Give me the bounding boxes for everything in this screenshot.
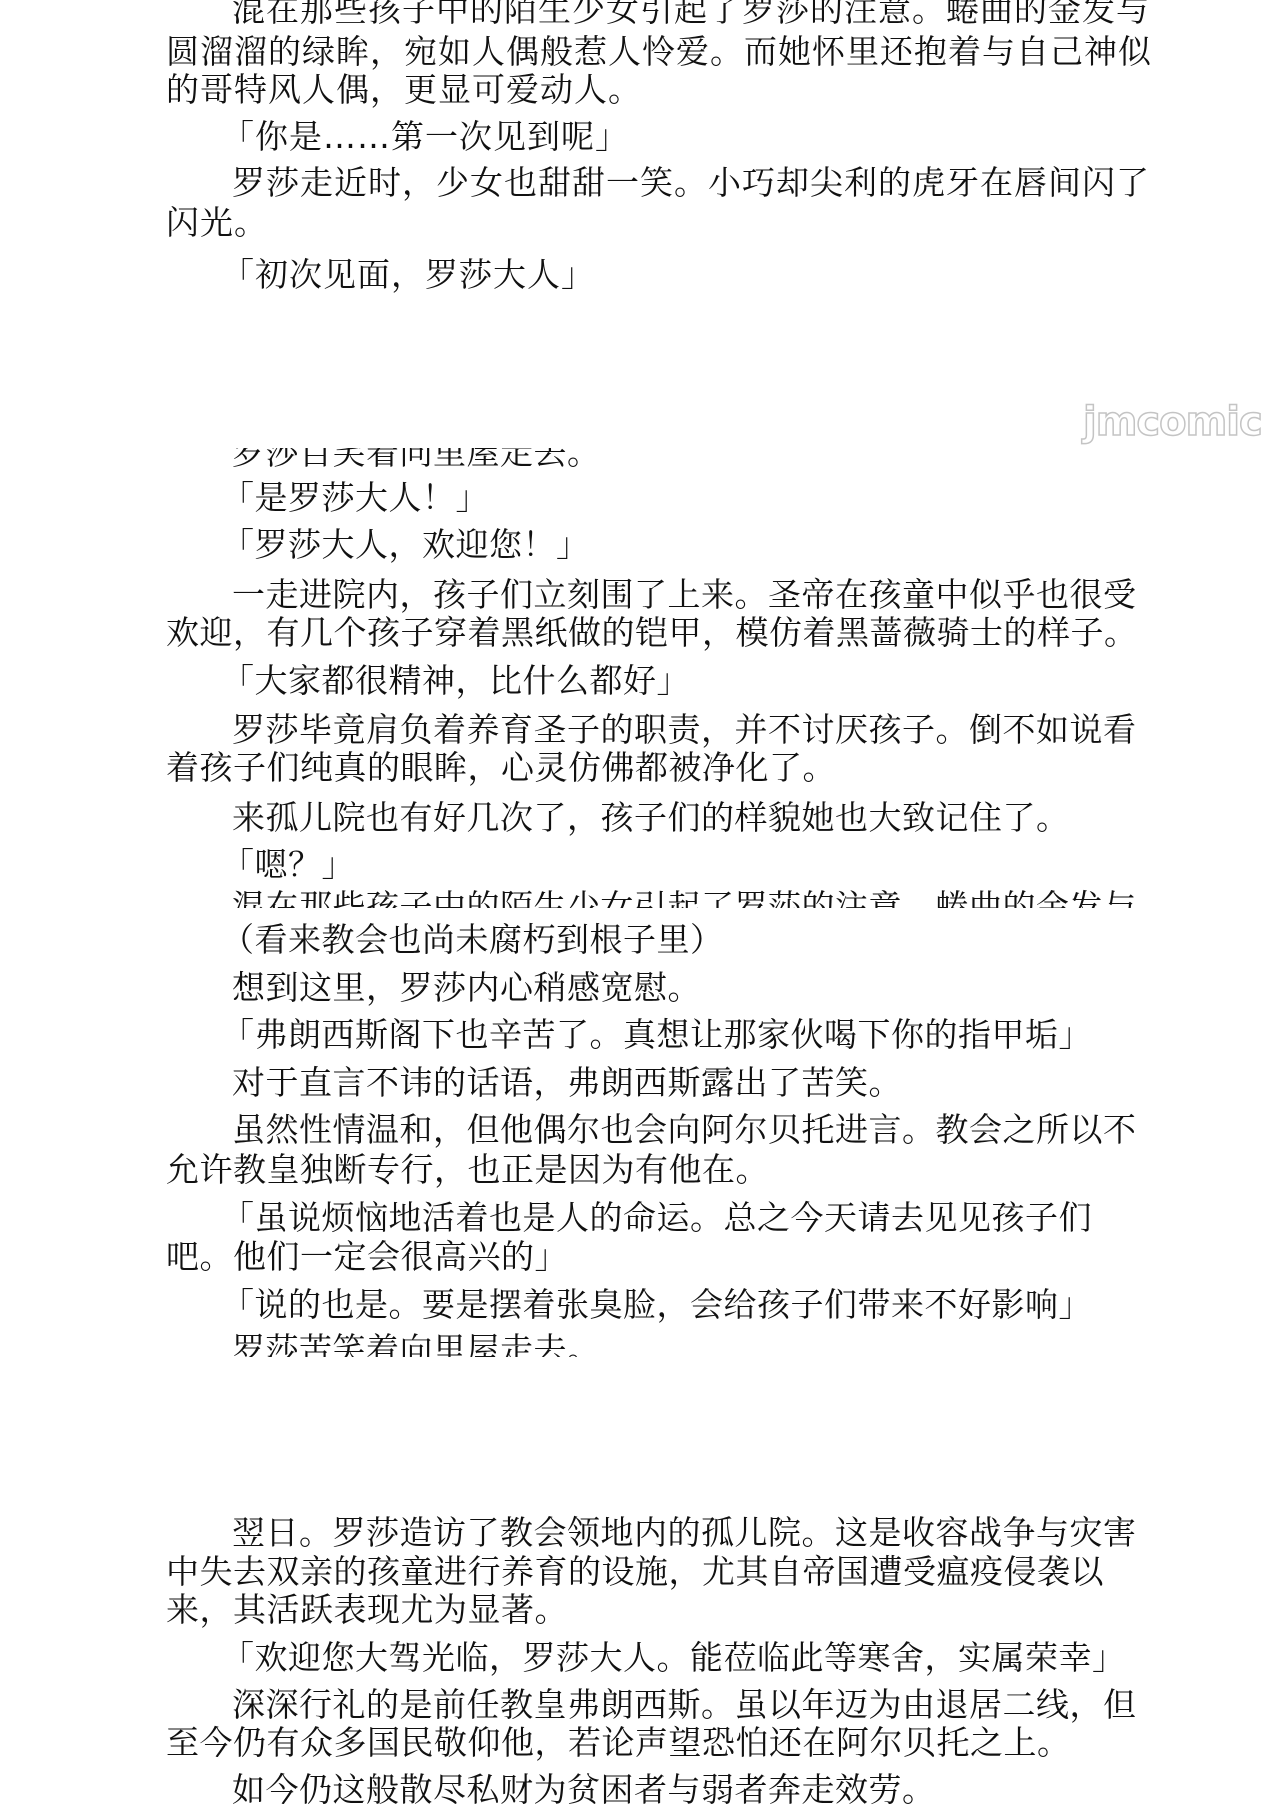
- paragraph-line: 至今仍有众多国民敬仰他，若论声望恐怕还在阿尔贝托之上。: [166, 1724, 1126, 1762]
- dialogue-line: 「虽说烦恼地活着也是人的命运。总之今天请去见见孩子们: [166, 1199, 1181, 1237]
- dialogue-line: 「欢迎您大驾光临，罗莎大人。能莅临此等寒舍，实属荣幸」: [166, 1639, 1181, 1677]
- dialogue-line: 「是罗莎大人！」: [166, 479, 1181, 517]
- paragraph-line: 虽然性情温和，但他偶尔也会向阿尔贝托进言。教会之所以不: [166, 1111, 1192, 1149]
- paragraph-line: 欢迎，有几个孩子穿着黑纸做的铠甲，模仿着黑蔷薇骑士的样子。: [166, 614, 1126, 652]
- paragraph-line: 如今仍这般散尽私财为贫困者与弱者奔走效劳。: [166, 1771, 1192, 1809]
- paragraph-line: 深深行礼的是前任教皇弗朗西斯。虽以年迈为由退居二线，但: [166, 1686, 1192, 1724]
- thought-line: （看来教会也尚未腐朽到根子里）: [166, 921, 1181, 959]
- paragraph-line: 一走进院内，孩子们立刻围了上来。圣帝在孩童中似乎也很受: [166, 576, 1192, 614]
- paragraph-line: 混在那些孩子中的陌生少女引起了罗莎的注意。蜷曲的金发与: [166, 0, 1192, 29]
- paragraph-line: 来孤儿院也有好几次了，孩子们的样貌她也大致记住了。: [166, 799, 1192, 837]
- paragraph-line-cut: 罗莎目笑着向里屋走去。: [166, 448, 1192, 472]
- paragraph-line: 中失去双亲的孩童进行养育的设施，尤其自帝国遭受瘟疫侵袭以: [166, 1553, 1126, 1591]
- dialogue-line: 「嗯？」: [166, 846, 1181, 884]
- paragraph-line: 对于直言不讳的话语，弗朗西斯露出了苦笑。: [166, 1064, 1192, 1102]
- paragraph-line-cut: 罗莎苦笑着向里屋走去。: [166, 1331, 1192, 1357]
- paragraph-line: 允许教皇独断专行，也正是因为有他在。: [166, 1151, 1126, 1189]
- dialogue-line: 「罗莎大人，欢迎您！」: [166, 526, 1181, 564]
- paragraph-line: 的哥特风人偶，更显可爱动人。: [166, 71, 1126, 109]
- dialogue-line: 「大家都很精神，比什么都好」: [166, 662, 1181, 700]
- paragraph-line: 罗莎走近时，少女也甜甜一笑。小巧却尖利的虎牙在唇间闪了: [166, 164, 1192, 202]
- dialogue-line: 「弗朗西斯阁下也辛苦了。真想让那家伙喝下你的指甲垢」: [166, 1016, 1181, 1054]
- paragraph-line: 翌日。罗莎造访了教会领地内的孤儿院。这是收容战争与灾害: [166, 1514, 1192, 1552]
- dialogue-line: 「初次见面，罗莎大人」: [166, 256, 1181, 294]
- paragraph-line: 罗莎毕竟肩负着养育圣子的职责，并不讨厌孩子。倒不如说看: [166, 711, 1192, 749]
- text-strip-1: 混在那些孩子中的陌生少女引起了罗莎的注意。蜷曲的金发与 圆溜溜的绿眸，宛如人偶般…: [0, 0, 1280, 300]
- dialogue-line: 「你是……第一次见到呢」: [166, 118, 1181, 156]
- paragraph-line: 想到这里，罗莎内心稍感宽慰。: [166, 969, 1192, 1007]
- paragraph-line: 圆溜溜的绿眸，宛如人偶般惹人怜爱。而她怀里还抱着与自己神似: [166, 33, 1126, 71]
- text-strip-4: 翌日。罗莎造访了教会领地内的孤儿院。这是收容战争与灾害 中失去双亲的孩童进行养育…: [0, 1480, 1280, 1809]
- paragraph-line: 闪光。: [166, 204, 1126, 242]
- paragraph-line: 吧。他们一定会很高兴的」: [166, 1238, 1126, 1276]
- paragraph-line: 着孩子们纯真的眼眸，心灵仿佛都被净化了。: [166, 749, 1126, 787]
- text-strip-3: （看来教会也尚未腐朽到根子里） 想到这里，罗莎内心稍感宽慰。 「弗朗西斯阁下也辛…: [0, 908, 1280, 1357]
- dialogue-line: 「说的也是。要是摆着张臭脸，会给孩子们带来不好影响」: [166, 1286, 1181, 1324]
- paragraph-line: 来，其活跃表现尤为显著。: [166, 1591, 1126, 1629]
- text-strip-2: 罗莎目笑着向里屋走去。 「是罗莎大人！」 「罗莎大人，欢迎您！」 一走进院内，孩…: [0, 448, 1280, 908]
- jmcomic-watermark-logo: jmcomic: [1083, 398, 1275, 446]
- paragraph-line-cut: 混在那些孩子中的陌生少女引起了罗莎的注意。蜷曲的金发与: [166, 888, 1192, 908]
